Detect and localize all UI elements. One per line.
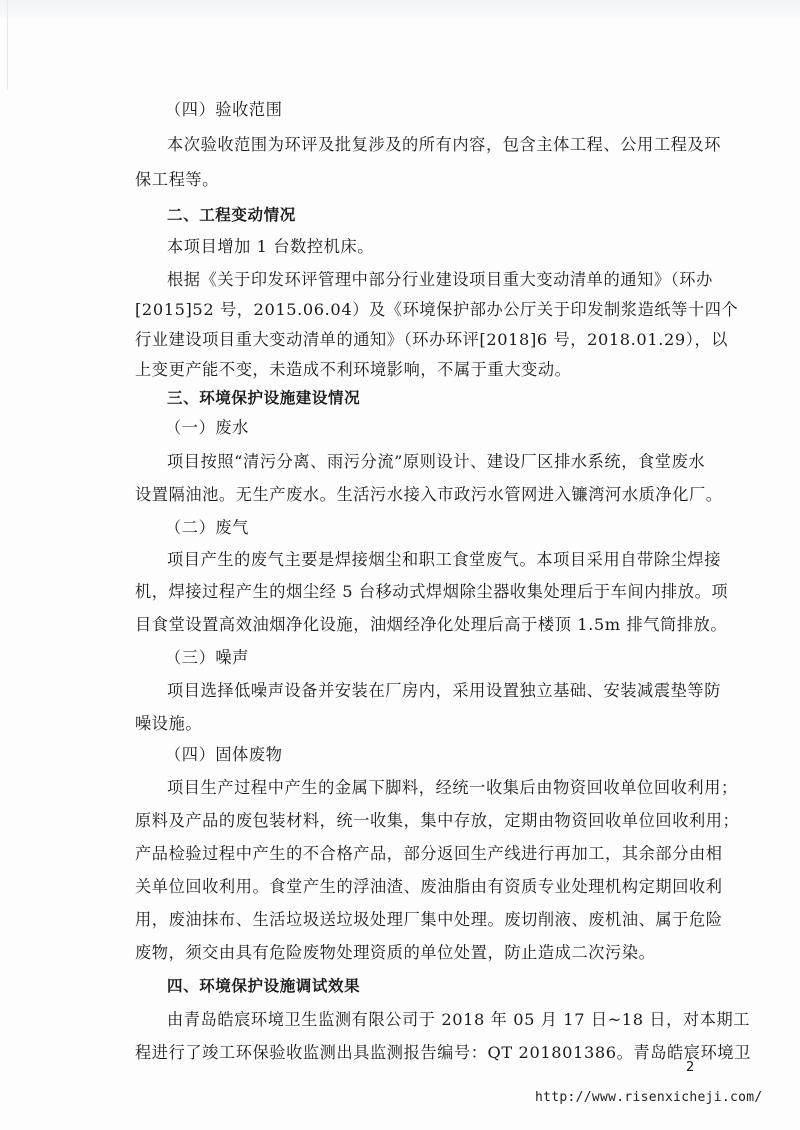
paragraph-line: 根据《关于印发环评管理中部分行业建设项目重大变动清单的通知》（环办	[167, 270, 713, 290]
section-heading: 三、环境保护设施建设情况	[167, 388, 360, 408]
paragraph-line: 噪设施。	[135, 714, 202, 734]
section-heading: 四、环境保护设施调试效果	[167, 976, 360, 996]
paragraph-line: 项目选择低噪声设备并安装在厂房内，采用设置独立基础、安装减震垫等防	[167, 681, 721, 701]
paragraph-line: （四）固体废物	[165, 745, 283, 765]
paragraph-line: [2015]52 号，2015.06.04）及《环境保护部办公厅关于印发制浆造纸…	[135, 300, 738, 320]
paragraph-line: （四）验收范围	[165, 100, 283, 120]
scan-top-shadow	[0, 0, 800, 18]
document-page: （四）验收范围本次验收范围为环评及批复涉及的所有内容，包含主体工程、公用工程及环…	[0, 0, 800, 1130]
paragraph-line: 本次验收范围为环评及批复涉及的所有内容，包含主体工程、公用工程及环	[167, 135, 721, 155]
paragraph-line: 项目按照“清污分离、雨污分流”原则设计、建设厂区排水系统，食堂废水	[167, 452, 705, 472]
paragraph-line: 用，废油抹布、生活垃圾送垃圾处理厂集中处理。废切削液、废机油、属于危险	[135, 910, 723, 930]
paragraph-line: 设置隔油池。无生产废水。生活污水接入市政污水管网进入镰湾河水质净化厂。	[135, 485, 723, 505]
section-heading: 二、工程变动情况	[167, 205, 296, 225]
paragraph-line: （二）废气	[165, 518, 249, 538]
paragraph-line: （三）噪声	[165, 648, 249, 668]
paragraph-line: 原料及产品的废包装材料，统一收集，集中存放，定期由物资回收单位回收利用；	[135, 811, 739, 831]
paragraph-line: 机，焊接过程产生的烟尘经 5 台移动式焊烟除尘器收集处理后于车间内排放。项	[135, 582, 728, 602]
paragraph-line: 行业建设项目重大变动清单的通知》（环办环评[2018]6 号，2018.01.2…	[135, 330, 728, 350]
paragraph-line: （一）废水	[165, 418, 249, 438]
paragraph-line: 产品检验过程中产生的不合格产品，部分返回生产线进行再加工，其余部分由相	[135, 844, 723, 864]
paragraph-line: 项目生产过程中产生的金属下脚料，经统一收集后由物资回收单位回收利用；	[167, 778, 738, 798]
paragraph-line: 保工程等。	[135, 170, 219, 190]
paragraph-line: 上变更产能不变，未造成不利环境影响，不属于重大变动。	[135, 360, 571, 380]
paragraph-line: 关单位回收利用。食堂产生的浮油渣、废油脂由有资质专业处理机构定期回收利	[135, 877, 723, 897]
page-number: 2	[686, 1060, 694, 1075]
watermark-url: http://www.risenxicheji.com/	[535, 1090, 763, 1105]
scan-edge-line	[7, 0, 8, 90]
paragraph-line: 项目产生的废气主要是焊接烟尘和职工食堂废气。本项目采用自带除尘焊接	[167, 550, 721, 570]
paragraph-line: 目食堂设置高效油烟净化设施，油烟经净化处理后高于楼顶 1.5m 排气筒排放。	[135, 615, 727, 635]
paragraph-line: 本项目增加 1 台数控机床。	[167, 237, 374, 257]
paragraph-line: 程进行了竣工环保验收监测出具监测报告编号：QT 201801386。青岛皓宸环境…	[135, 1043, 751, 1063]
paragraph-line: 由青岛皓宸环境卫生监测有限公司于 2018 年 05 月 17 日~18 日，对…	[167, 1010, 750, 1030]
paragraph-line: 废物，须交由具有危险废物处理资质的单位处置，防止造成二次污染。	[135, 943, 655, 963]
